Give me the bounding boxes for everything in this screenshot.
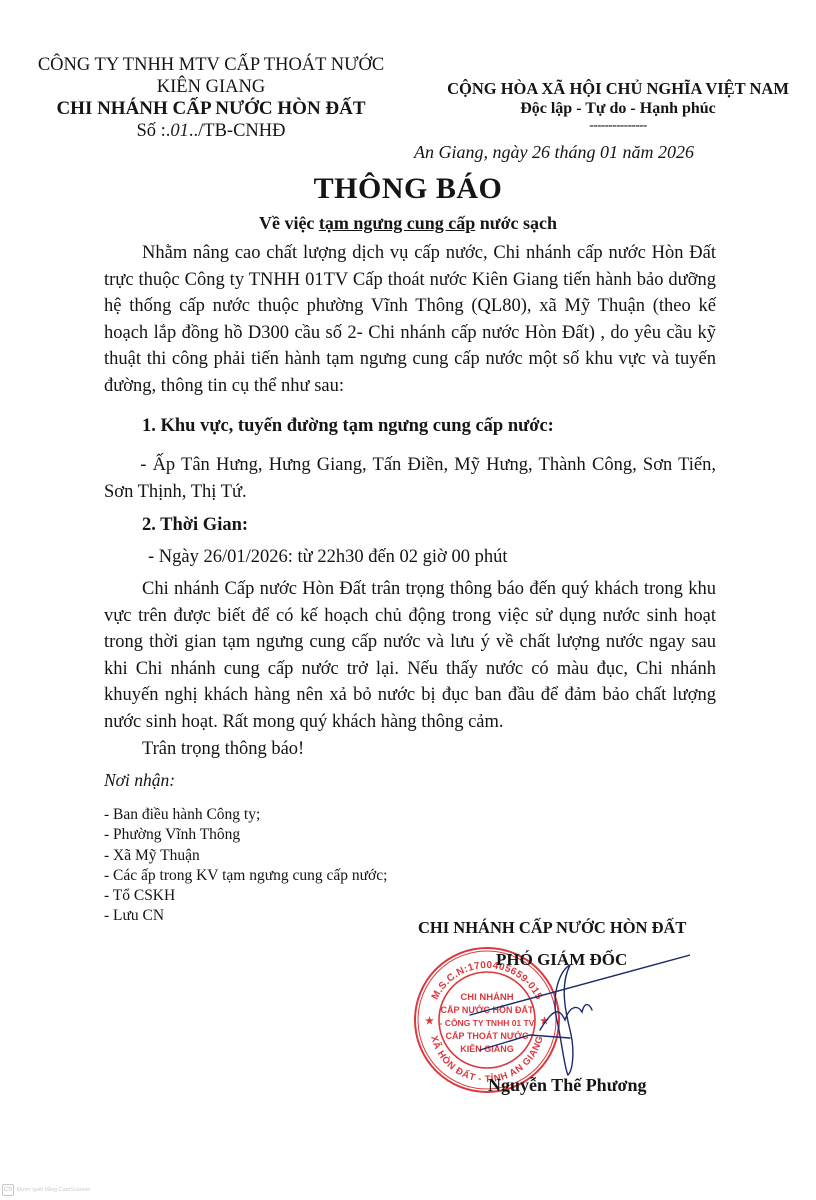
camscanner-icon: CS [2, 1184, 14, 1196]
recipient-item: - Tổ CSKH [104, 886, 387, 906]
document-number: Số :.01../TB-CNHĐ [14, 120, 408, 142]
subtitle-underlined: tạm ngưng cung cấp [319, 213, 475, 233]
section1-content: - Ấp Tân Hưng, Hưng Giang, Tấn Điền, Mỹ … [104, 452, 716, 505]
section2-content: - Ngày 26/01/2026: từ 22h30 đến 02 giờ 0… [104, 544, 716, 571]
document-number-value: 01 [170, 121, 189, 141]
watermark-text: Được quét bằng CamScanner [17, 1187, 91, 1193]
issuer-block: CÔNG TY TNHH MTV CẤP THOÁT NƯỚC KIÊN GIA… [14, 54, 408, 142]
signatory-name: Nguyễn Thế Phương [488, 1075, 646, 1096]
recipient-item: - Lưu CN [104, 906, 387, 926]
signature-organization: CHI NHÁNH CẤP NƯỚC HÒN ĐẤT [418, 918, 686, 938]
motto-divider: --------------- [428, 119, 808, 131]
recipient-item: - Phường Vĩnh Thông [104, 825, 387, 845]
national-motto: Độc lập - Tự do - Hạnh phúc [428, 99, 808, 119]
company-name-line1: CÔNG TY TNHH MTV CẤP THOÁT NƯỚC [14, 54, 408, 76]
section1-heading: 1. Khu vực, tuyến đường tạm ngưng cung c… [104, 413, 716, 440]
scanner-watermark: CS Được quét bằng CamScanner [2, 1184, 91, 1196]
nation-title: CỘNG HÒA XÃ HỘI CHỦ NGHĨA VIỆT NAM [428, 79, 808, 99]
svg-text:★: ★ [425, 1016, 434, 1027]
notice-paragraph: Chi nhánh Cấp nước Hòn Đất trân trọng th… [104, 576, 716, 736]
place-date: An Giang, ngày 26 tháng 01 năm 2026 [414, 142, 694, 163]
intro-paragraph: Nhằm nâng cao chất lượng dịch vụ cấp nướ… [104, 240, 716, 400]
branch-name: CHI NHÁNH CẤP NƯỚC HÒN ĐẤT [14, 98, 408, 120]
handwritten-signature-icon [440, 950, 690, 1080]
recipient-item: - Xã Mỹ Thuận [104, 846, 387, 866]
document-subtitle: Về việc tạm ngưng cung cấp nước sạch [0, 213, 816, 234]
closing-line: Trân trọng thông báo! [104, 736, 716, 763]
recipient-item: - Các ấp trong KV tạm ngưng cung cấp nướ… [104, 866, 387, 886]
recipients-list: - Ban điều hành Công ty; - Phường Vĩnh T… [104, 805, 387, 927]
document-title: THÔNG BÁO [0, 172, 816, 206]
section2-heading: 2. Thời Gian: [104, 512, 716, 539]
national-header: CỘNG HÒA XÃ HỘI CHỦ NGHĨA VIỆT NAM Độc l… [428, 79, 808, 131]
recipients-label: Nơi nhận: [104, 770, 175, 791]
recipient-item: - Ban điều hành Công ty; [104, 805, 387, 825]
company-name-line2: KIÊN GIANG [14, 76, 408, 98]
